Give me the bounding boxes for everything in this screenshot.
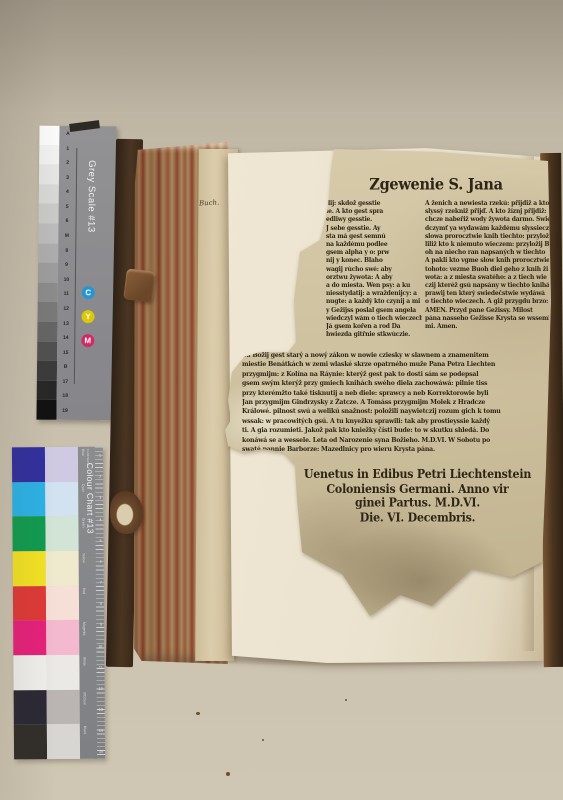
text-line: J sebe gesstie. Ay	[326, 225, 422, 233]
ruler-number: 10	[95, 645, 102, 649]
text-line: przy kterémžto také tisknutij a neb diel…	[242, 389, 549, 398]
swatch-pale-cyan	[45, 482, 78, 517]
ruler-number: 5	[95, 539, 102, 543]
table-speck	[196, 712, 200, 715]
grey-patch	[36, 400, 56, 420]
ruler-number: 3	[94, 497, 101, 501]
ruler-number: 12	[96, 688, 103, 692]
row-label: White	[79, 655, 86, 690]
text-line: na každému podlee	[326, 241, 422, 249]
grey-scale-tick: 15	[59, 350, 72, 355]
colour-chart-target: BlueCyanGreenYellowRedMagentaWhite3/Colo…	[12, 447, 105, 760]
colour-chart-swatches	[12, 447, 80, 759]
swatch-strong-cyan	[12, 482, 45, 517]
text-line: orztwu žywota: A aby	[326, 274, 422, 282]
grey-scale-tick: 12	[60, 307, 73, 312]
text-line: gsem swým kterýž przy gmiech knihách swé…	[242, 379, 549, 388]
text-line: Já gsem kořen a rod Da	[326, 323, 422, 331]
text-line: A pakli kto vgme slow knih prorocztwie	[425, 257, 549, 265]
text-line: ie. A kto gest spra	[326, 208, 422, 216]
grey-scale-tick: 11	[60, 292, 73, 297]
text-line: y Gežijss poslal gsem angela	[326, 307, 422, 315]
colophon-line: Coloniensis Germani. Anno vir	[280, 482, 555, 496]
cym-dots: CYM	[81, 286, 95, 347]
grey-patch	[39, 184, 59, 204]
grey-scale-tick: 18	[59, 394, 72, 399]
text-line: wssak: w pracowitých gsú. A tu knyežku s…	[242, 417, 549, 426]
photograph-open-book: A123456M89101112131415B171819 Grey Scale…	[0, 0, 563, 800]
text-line: dczymť ya wydawám každému slyssiecze	[425, 225, 549, 233]
grey-scale-title: Grey Scale #13	[80, 160, 97, 290]
ruler-number: 1	[94, 455, 101, 459]
grey-scale-tick: 4	[61, 190, 74, 195]
text-line: AMEN. Przyd pane Gežissy. Milost	[425, 307, 549, 315]
text-line: o tiechto wieczech. A giž przygdu brzo:	[425, 298, 549, 306]
y-dot: Y	[81, 310, 94, 323]
leather-clasp-loop	[110, 491, 143, 534]
grey-patch	[39, 165, 59, 185]
torn-printed-leaf: Zgewenie S. Jana dij: skdož gesstieie. A…	[225, 149, 552, 619]
text-line: Králowé. pilnost swú a welikú snažnost: …	[242, 407, 549, 416]
text-line: gsem alpha y o: prw	[326, 249, 422, 257]
grey-patch	[38, 243, 58, 263]
grey-scale-tick: 17	[59, 380, 72, 385]
ruler-number: 8	[95, 603, 102, 607]
ruler-number: 2	[94, 476, 101, 480]
text-line: pána nasseho Gežisse Krysta se wssemi	[425, 315, 549, 323]
text-line: swaté pannie Barborze: Mazedlnicy pro wi…	[242, 445, 549, 454]
swatch-pale-yellow	[46, 551, 79, 586]
grey-scale-tick: B	[59, 365, 72, 370]
text-line: konáwá se a wessele. Leta od Narozenie s…	[242, 436, 549, 445]
text-line: edliwy gesstie.	[326, 216, 422, 224]
swatch-pale-green	[45, 516, 78, 551]
grey-patch	[37, 341, 57, 361]
grey-patch	[37, 322, 57, 342]
text-column-left: dij: skdož gesstieie. A kto gest spraedl…	[326, 200, 422, 340]
grey-scale-rule-line	[74, 148, 77, 384]
ruler-number: 7	[95, 582, 102, 586]
text-line: niesstydatij: a wraždenijcy: a	[326, 290, 422, 298]
text-line: liliž kto k niemuto wieczem: przyložij B…	[425, 241, 549, 249]
text-line: slyssý rzekniž přijď. A kto žíznj přijdi…	[425, 208, 549, 216]
handwritten-note: Buch.	[199, 198, 220, 207]
grey-patch	[38, 224, 58, 244]
text-line: prawij ten který swiedečstwie wydáwá	[425, 290, 549, 298]
text-line: czij kteréž gsú napsány w tiechto knihác…	[425, 282, 549, 290]
grey-scale-tick: 9	[60, 263, 73, 268]
swatch-strong-green	[12, 516, 45, 551]
ruler-number: 6	[95, 561, 102, 565]
text-line: ti. A gia rozumieti. Jakož pak kto kniež…	[242, 426, 549, 435]
grey-patch	[38, 263, 58, 283]
text-line: wagij rúcho swé: aby	[326, 266, 422, 274]
colophon-line: Die. VI. Decembris.	[280, 510, 555, 524]
swatch-strong-3/colour	[14, 690, 47, 725]
colophon-line: ginei Partus. M.D.VI.	[280, 496, 555, 510]
torn-leaf-wrap: Zgewenie S. Jana dij: skdož gesstieie. A…	[225, 149, 552, 619]
swatch-strong-white	[13, 655, 46, 690]
text-line: przygmijm: z Kolína na Ráynie: kterýž ge…	[242, 370, 549, 379]
grey-scale-endcap	[69, 120, 100, 132]
swatch-pale-red	[46, 585, 79, 620]
text-line: tohoto: vezme Buoh diel geho z knih ži	[425, 266, 549, 274]
grey-scale-tick: 8	[60, 248, 73, 253]
grey-scale-tick: 5	[61, 205, 74, 210]
row-label: Black	[80, 724, 87, 759]
ruler-number: 13	[96, 709, 103, 713]
table-speck	[226, 772, 230, 776]
text-line: dij: skdož gesstie	[326, 200, 422, 208]
colophon-paragraph-czech: du Božij gest starý a nowý zákon w nowie…	[242, 351, 549, 454]
swatch-strong-red	[13, 586, 46, 621]
swatch-pale-white	[46, 655, 79, 690]
ruler-number: 4	[94, 518, 101, 522]
row-label: Magenta	[79, 620, 86, 655]
m-dot: M	[81, 334, 94, 347]
grey-patch	[37, 380, 57, 400]
text-line: miestie Benátkách w zemi wlaské skrze op…	[242, 360, 549, 369]
text-line: chcze nabeřiž wody žywota darmo. Swie	[425, 216, 549, 224]
grey-scale-tick: 2	[61, 161, 74, 166]
row-label: 3/Colour	[80, 690, 87, 725]
grey-scale-target: A123456M89101112131415B171819 Grey Scale…	[36, 126, 116, 421]
chapter-heading: Zgewenie S. Jana	[331, 175, 541, 193]
text-line: nij y konec. Blaho	[326, 257, 422, 265]
colour-chart-panel: BlueCyanGreenYellowRedMagentaWhite3/Colo…	[78, 447, 105, 759]
grey-scale-tick: 19	[59, 409, 72, 414]
text-line: slowa prorocztwie knih tiechto: przyloži	[425, 233, 549, 241]
text-column-right: A ženich a newiesta rzekú: přijdiž a kto…	[425, 200, 549, 340]
grey-scale-tick-labels: A123456M89101112131415B171819	[59, 132, 75, 414]
table-speck	[262, 739, 264, 741]
text-line: sta má gest semnú	[326, 233, 422, 241]
grey-scale-tick: 6	[61, 219, 74, 224]
grey-patch	[37, 361, 57, 381]
swatch-strong-blue	[12, 447, 45, 482]
grey-scale-tick: 13	[59, 321, 72, 326]
swatch-pale-blue	[45, 447, 78, 482]
text-line: mi. Amen.	[425, 323, 549, 331]
grey-patch	[39, 145, 59, 165]
ruler-number: 9	[95, 624, 102, 628]
text-line: wiedczyl wám o tiech wieczech	[326, 315, 422, 323]
grey-patch	[39, 126, 59, 146]
grey-scale-tick: 3	[61, 176, 74, 181]
grey-scale-tick: M	[60, 234, 73, 239]
text-line: Jan przygmijm Gindrzysky z Žatcze. A Tom…	[242, 398, 549, 407]
text-line: wota: a z miesta swatého: a z tiech wie	[425, 274, 549, 282]
c-dot: C	[82, 286, 95, 299]
swatch-pale-magenta	[46, 620, 79, 655]
grey-scale-tick: A	[61, 132, 74, 137]
grey-scale-tick: 1	[61, 146, 74, 151]
colour-chart-unit-label: Centimetres	[86, 449, 90, 466]
grey-scale-tick: 14	[59, 336, 72, 341]
ruler-number: 15	[96, 751, 103, 755]
grey-scale-tick: 10	[60, 278, 73, 283]
grey-patch	[37, 302, 57, 322]
swatch-strong-magenta	[13, 620, 46, 655]
text-line: a do miesta. Wen psy: a ku	[326, 282, 422, 290]
swatch-pale-black	[47, 724, 80, 759]
swatch-pale-3/colour	[47, 690, 80, 725]
ruler-number: 14	[96, 730, 103, 734]
grey-patch	[39, 204, 59, 224]
swatch-strong-black	[14, 724, 47, 759]
text-line: du Božij gest starý a nowý zákon w nowie…	[242, 351, 549, 360]
colophon-latin: Uenetus in Edibus Petri LiechtensteinCol…	[280, 467, 555, 524]
grey-scale-panel: A123456M89101112131415B171819 Grey Scale…	[56, 126, 116, 421]
grey-patch	[38, 282, 58, 302]
text-line: A ženich a newiesta rzekú: přijdiž a kto	[425, 200, 549, 208]
colophon-line: Uenetus in Edibus Petri Liechtenstein	[280, 467, 555, 481]
text-line: nugte: a každý kto czynij a mi	[326, 298, 422, 306]
ruler-number: 11	[95, 666, 102, 670]
text-line: hwiezda gitřnie stkwúczie.	[326, 331, 422, 339]
text-line: oh na niecho ran napsaných w tiechto	[425, 249, 549, 257]
table-speck	[345, 699, 347, 701]
leather-clasp-strap	[123, 268, 156, 302]
swatch-strong-yellow	[13, 551, 46, 586]
